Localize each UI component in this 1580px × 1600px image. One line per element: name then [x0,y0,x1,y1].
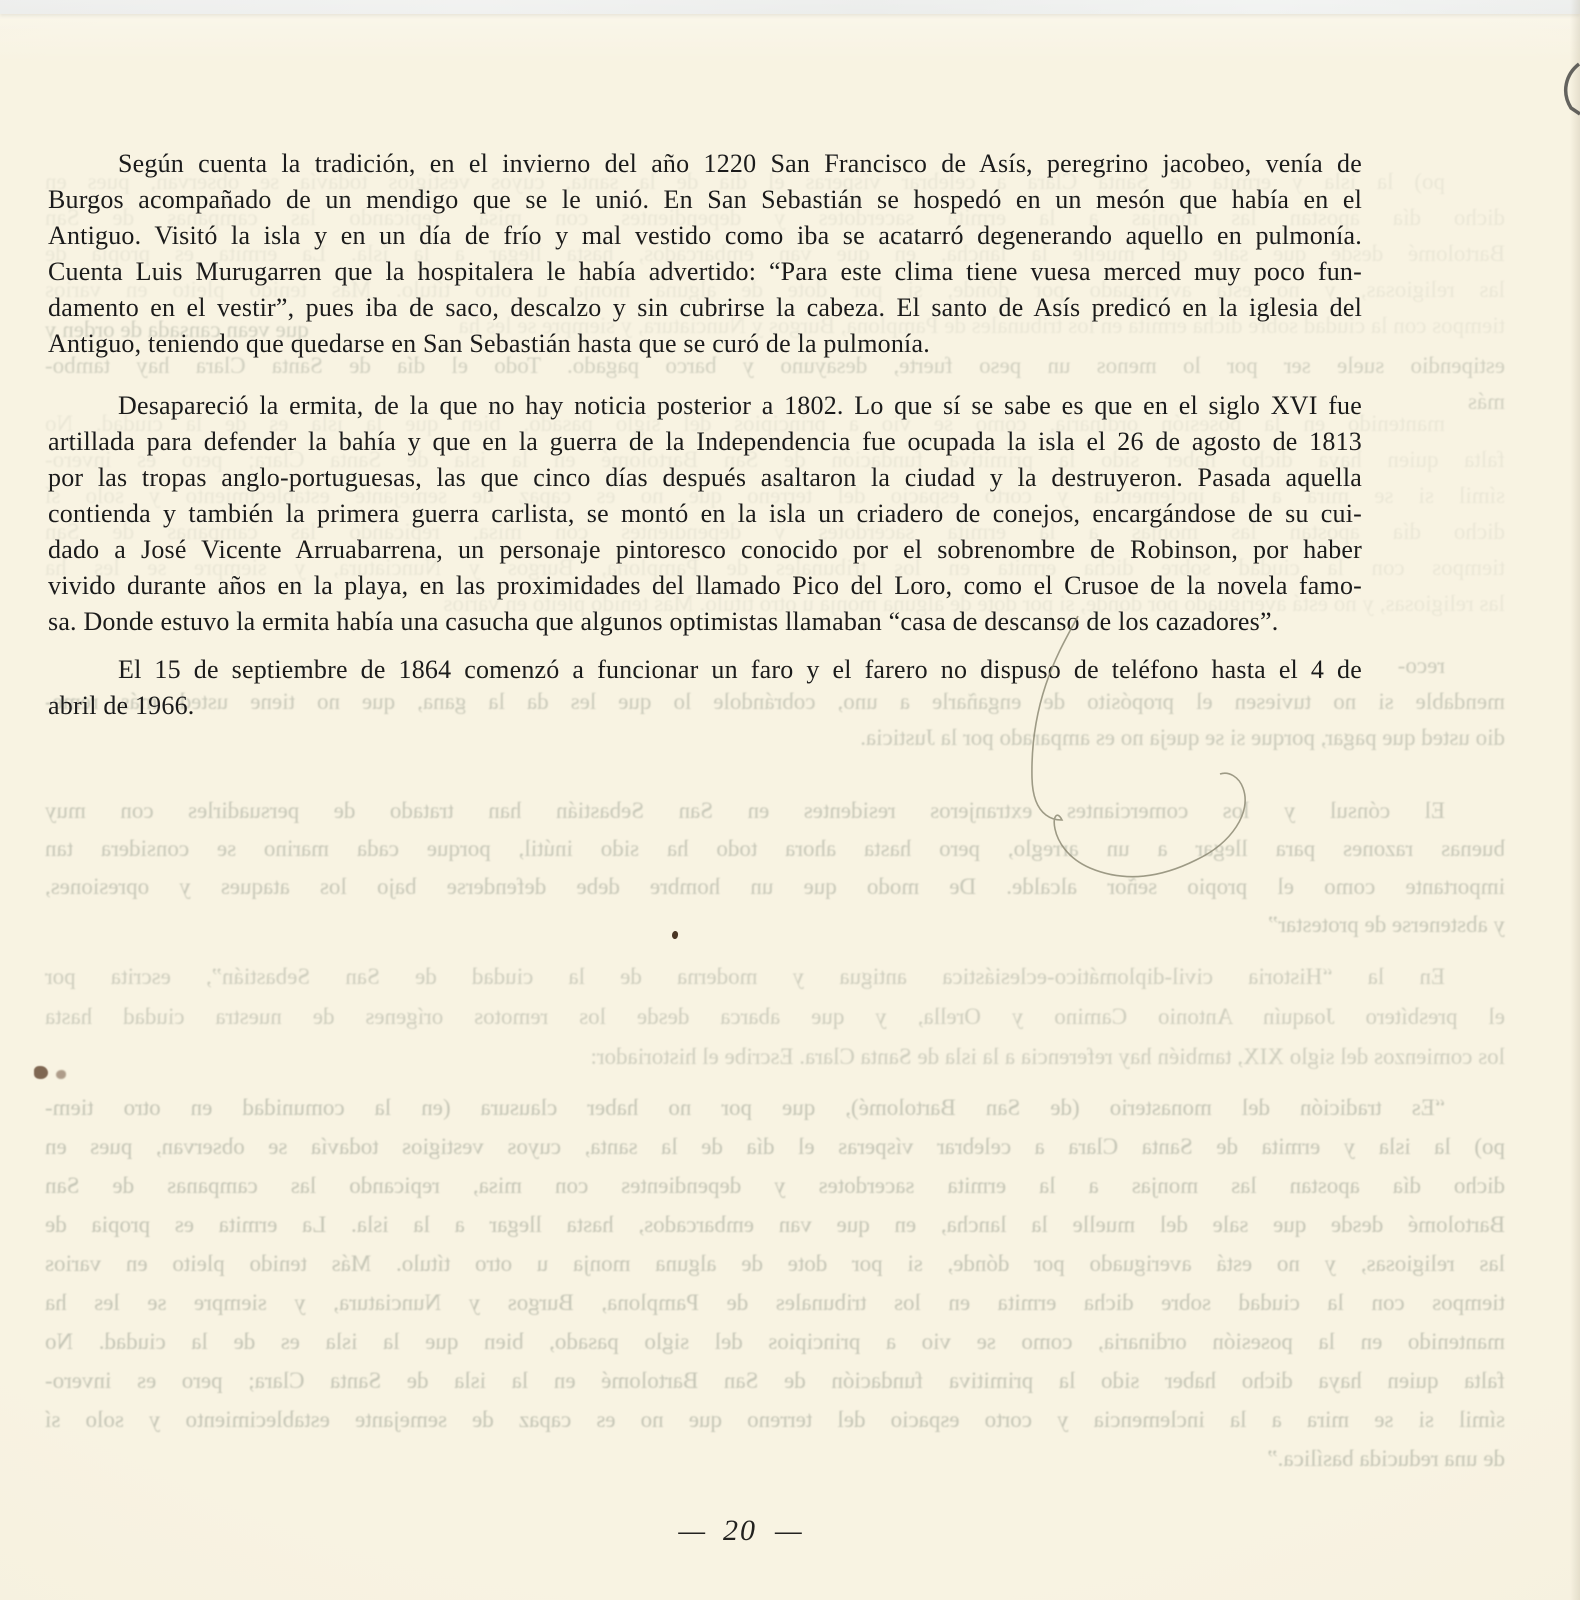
ghost-bleedthrough-block-f: En la “Historia civil-diplomático-eclesi… [45,957,1505,1077]
ink-speck [671,930,679,939]
text-line: “Es tradición del monasterio (de San Bar… [45,1088,1505,1127]
footer-left-dash: — [678,1514,705,1547]
paragraph-ermita-desaparecida: Desapareció la ermita, de la que no hay … [48,388,1362,640]
text-line: tiempos con la ciudad sobre dicha ermita… [45,1283,1505,1322]
text-line: Bartolomé desde que sale del muelle la l… [45,1205,1505,1244]
text-line: artillada para defender la bahía y que e… [48,424,1362,460]
text-line: El cónsul y los comerciantes extranjeros… [45,792,1505,830]
text-line: abril de 1966. [48,688,1362,724]
text-line: las religiosas, y no está averiguado por… [45,1244,1505,1283]
text-line: vivido durante años en la playa, en las … [48,568,1362,604]
text-line: Desapareció la ermita, de la que no hay … [48,388,1362,424]
text-line: damento en el vestir”, pues iba de saco,… [48,290,1362,326]
text-line: el presbítero Joaquín Antonio Camino y O… [45,997,1505,1037]
text-line: símil si se mira a la inclemencia y cort… [45,1400,1505,1439]
text-line: y abstenerse de protestar” [45,906,1505,944]
text-line: buenas razones para llegar a un arreglo,… [45,830,1505,868]
page-number: 20 [723,1514,757,1547]
text-line: sa. Donde estuvo la ermita había una cas… [48,604,1362,640]
text-line: En la “Historia civil-diplomático-eclesi… [45,957,1505,997]
text-line: Burgos acompañado de un mendigo que se l… [48,182,1362,218]
text-line: Cuenta Luis Murugarren que la hospitaler… [48,254,1362,290]
paragraph-san-francisco: Según cuenta la tradición, en el inviern… [48,146,1362,362]
page-footer: —20— [0,1514,1480,1548]
text-line: importante como el propio señor alcalde.… [45,868,1505,906]
text-line: por las tropas anglo-portuguesas, las qu… [48,460,1362,496]
text-line: dio usted que pagar, porque si se queja … [45,720,1505,756]
paragraph-faro: El 15 de septiembre de 1864 comenzó a fu… [48,652,1362,724]
footer-right-dash: — [775,1514,802,1547]
text-line: Según cuenta la tradición, en el inviern… [48,146,1362,182]
ink-blot [34,1066,48,1079]
text-line: falta quien haya dicho haber sido la pri… [45,1361,1505,1400]
ghost-bleedthrough-block-e: El cónsul y los comerciantes extranjeros… [45,792,1505,944]
text-line: los comienzos del siglo XIX, también hay… [45,1037,1505,1077]
text-line: El 15 de septiembre de 1864 comenzó a fu… [48,652,1362,688]
text-line: de una reducida basílica.” [45,1439,1505,1478]
text-line: po) la isla y ermita de Santa Clara a ce… [45,1127,1505,1166]
text-line: Antiguo. Visitó la isla y en un día de f… [48,218,1362,254]
page-edge-shadow [1570,0,1580,1600]
ghost-bleedthrough-block-g: “Es tradición del monasterio (de San Bar… [45,1088,1505,1478]
text-line: contienda y también la primera guerra ca… [48,496,1362,532]
text-line: dicho día apostan las monjas a la ermita… [45,1166,1505,1205]
text-line: Antiguo, teniendo que quedarse en San Se… [48,326,1362,362]
text-line: mantenido en la posesión ordinaria, como… [45,1322,1505,1361]
scanned-book-page: { "page": { "background_color": "#f8f3e2… [0,0,1580,1600]
text-line: dado a José Vicente Arruabarrena, un per… [48,532,1362,568]
scanner-edge-band [0,0,1580,14]
ink-blot [56,1070,66,1079]
